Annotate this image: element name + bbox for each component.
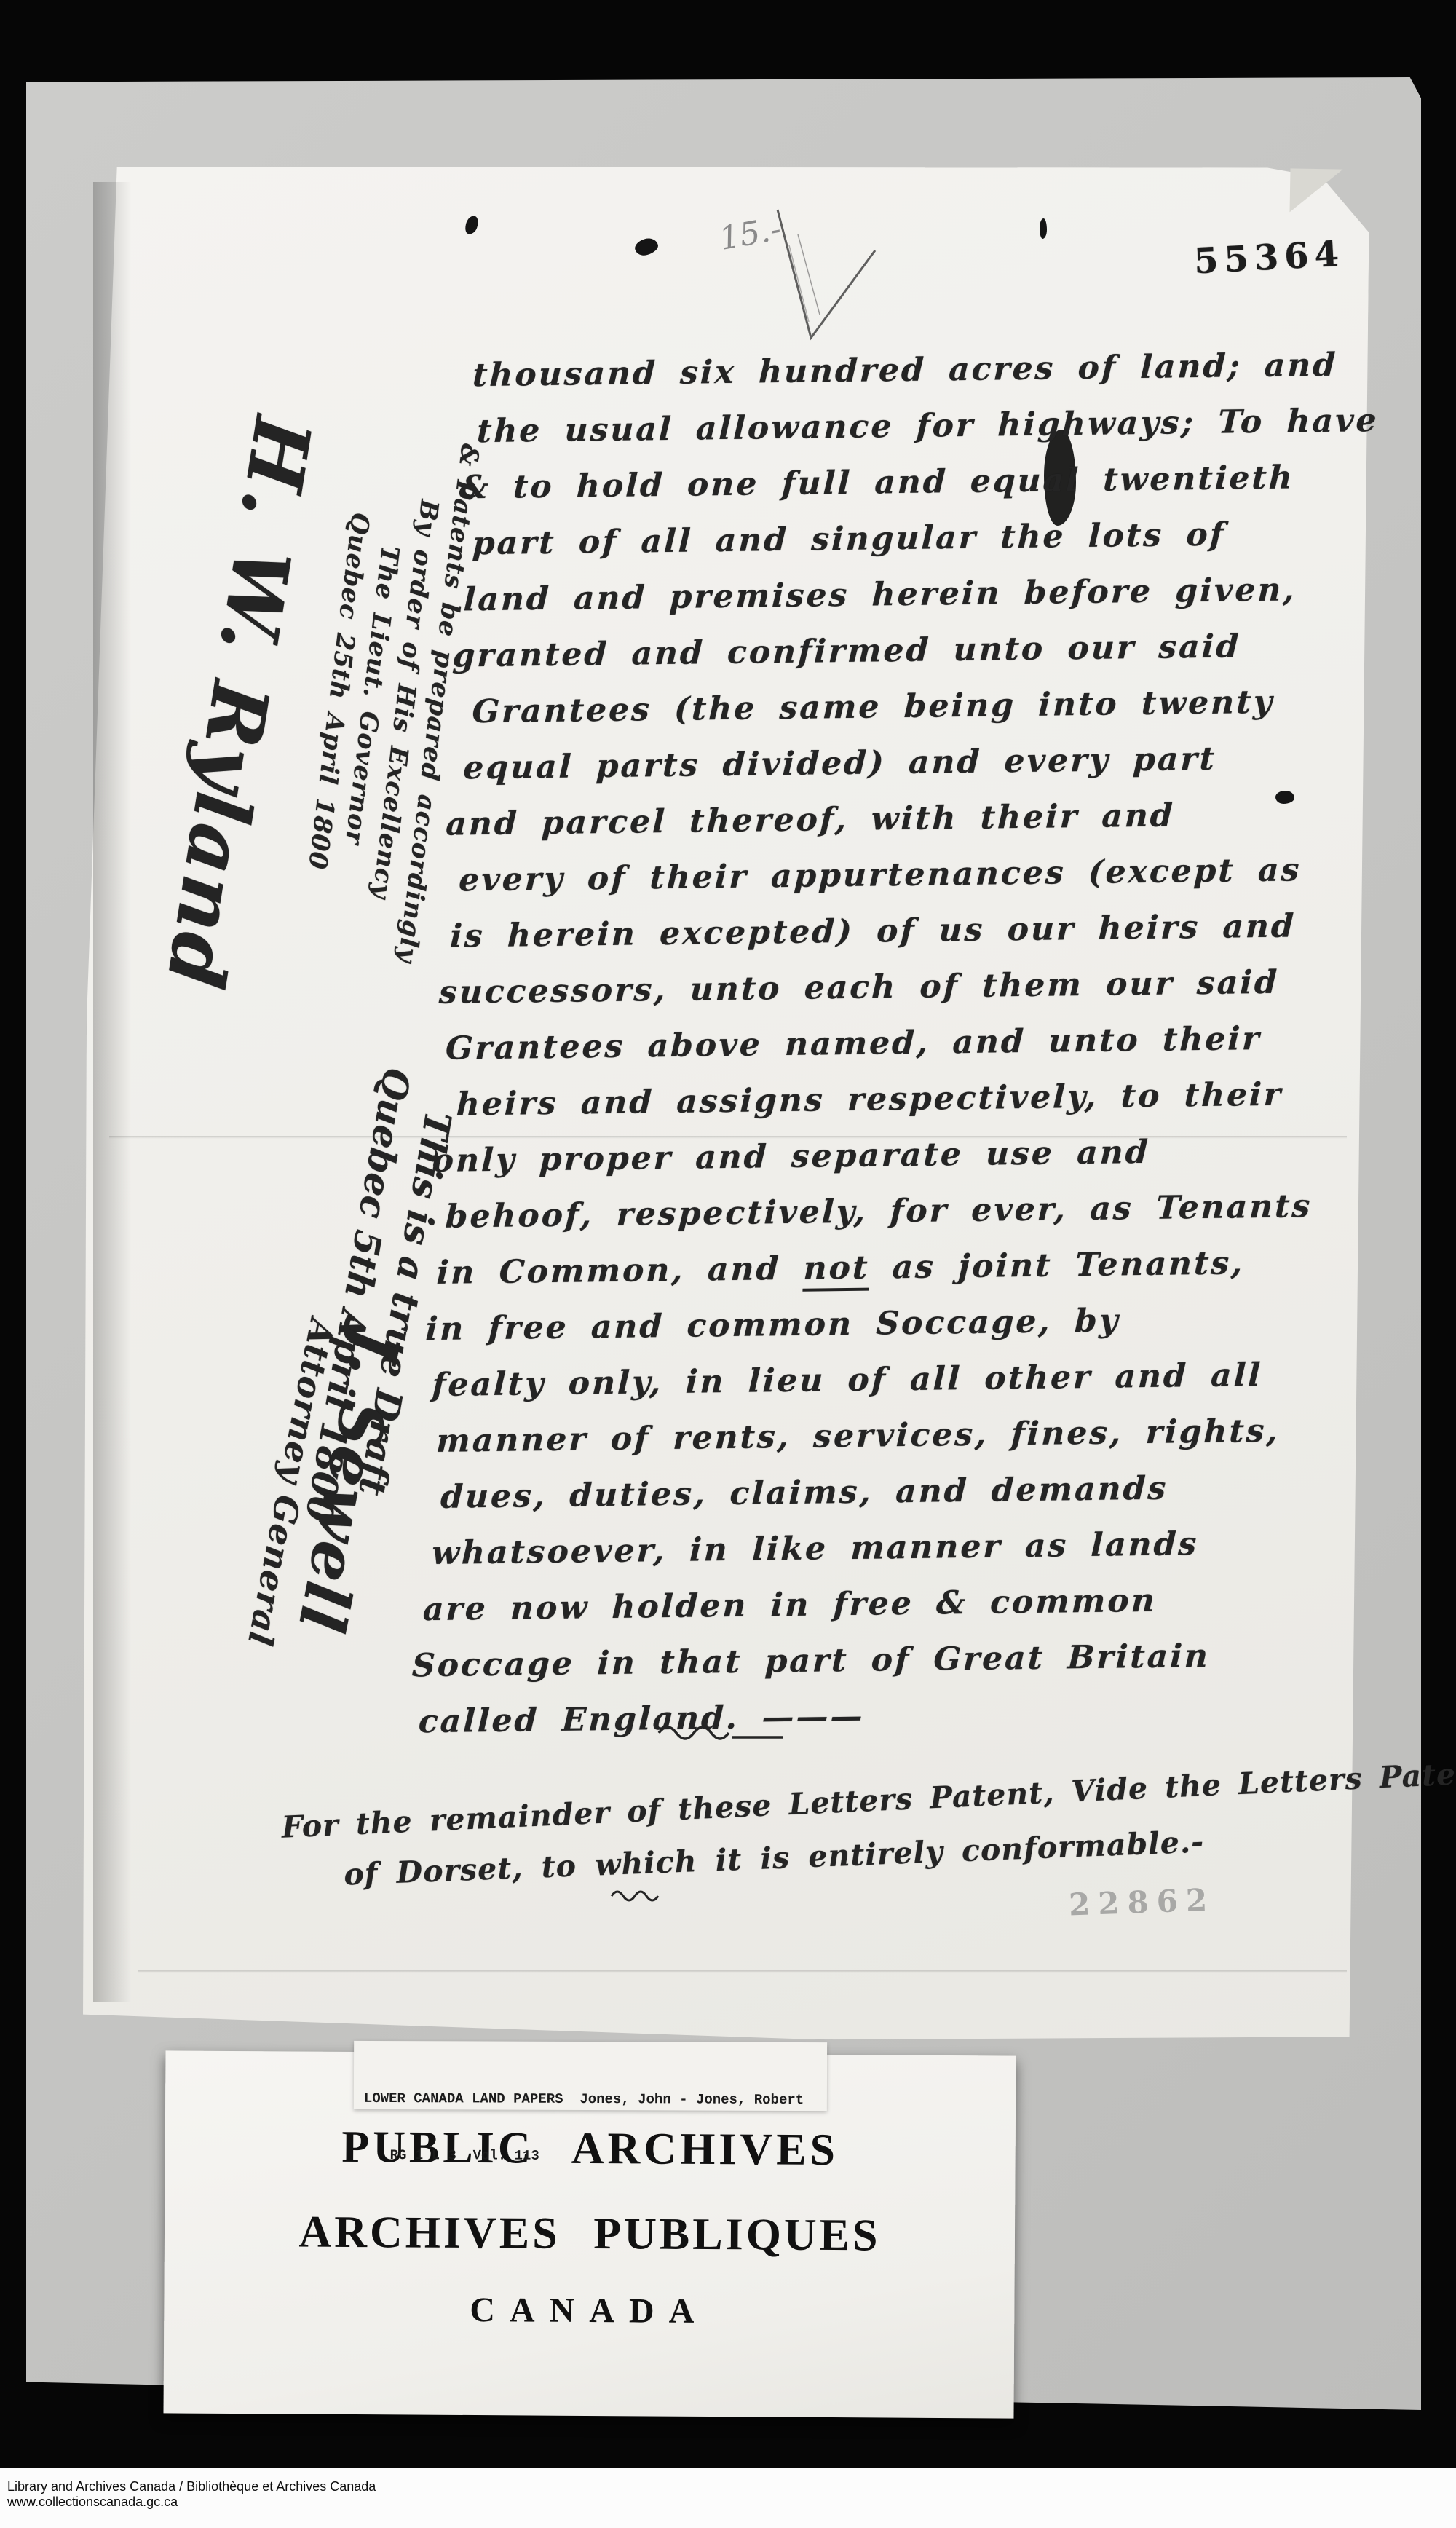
archive-number-stamp: 55364 — [1193, 234, 1346, 283]
manuscript-line: successors, unto each of them our said — [438, 953, 1358, 1020]
paper-crease — [138, 1970, 1347, 1973]
footer-url: www.collectionscanada.gc.ca — [7, 2495, 1456, 2510]
folded-corner — [1289, 168, 1342, 213]
manuscript-line: in free and common Soccage, by — [424, 1290, 1344, 1357]
flourish-squiggle — [655, 1720, 794, 1742]
line-part: in Common, and — [436, 1250, 804, 1292]
manuscript-line: whatsoever, in like manner as lands — [431, 1514, 1350, 1581]
label-reference-line: RG 1 L 3 Vol. 113 — [390, 2146, 827, 2166]
underlined-word-not: not — [802, 1249, 870, 1292]
manuscript-line: behoof, respectively, for ever, as Tenan… — [444, 1177, 1364, 1244]
manuscript-text-block: thousand six hundred acres of land; and … — [417, 336, 1390, 1750]
card-title-french: ARCHIVES PUBLIQUES — [165, 2205, 1015, 2262]
line-part: as joint Tenants, — [869, 1244, 1245, 1286]
typed-reference-label: LOWER CANADA LAND PAPERS Jones, John - J… — [354, 2041, 827, 2111]
manuscript-line: every of their appurtenances (except as — [458, 841, 1377, 908]
scanned-archival-document: { "page": { "page_number": "15.-", "arch… — [0, 0, 1456, 2528]
ink-blot — [1040, 218, 1047, 239]
faint-copy-number-stamp: 22862 — [1068, 1882, 1216, 1923]
manuscript-line: part of all and singular the lots of — [471, 505, 1390, 572]
footer-institution-line: Library and Archives Canada / Bibliothèq… — [7, 2479, 1456, 2495]
paper-edge-shadow — [93, 182, 131, 2002]
footnote-squiggle — [609, 1887, 674, 1902]
manuscript-line: Soccage in that part of Great Britain — [411, 1627, 1330, 1694]
label-collection-line: LOWER CANADA LAND PAPERS Jones, John - J… — [364, 2089, 827, 2109]
card-country: CANADA — [164, 2288, 1014, 2333]
manuscript-line: called England. ——— — [417, 1683, 1337, 1750]
pen-check-mark — [769, 205, 885, 351]
footer-strip: Library and Archives Canada / Bibliothèq… — [0, 2468, 1456, 2528]
